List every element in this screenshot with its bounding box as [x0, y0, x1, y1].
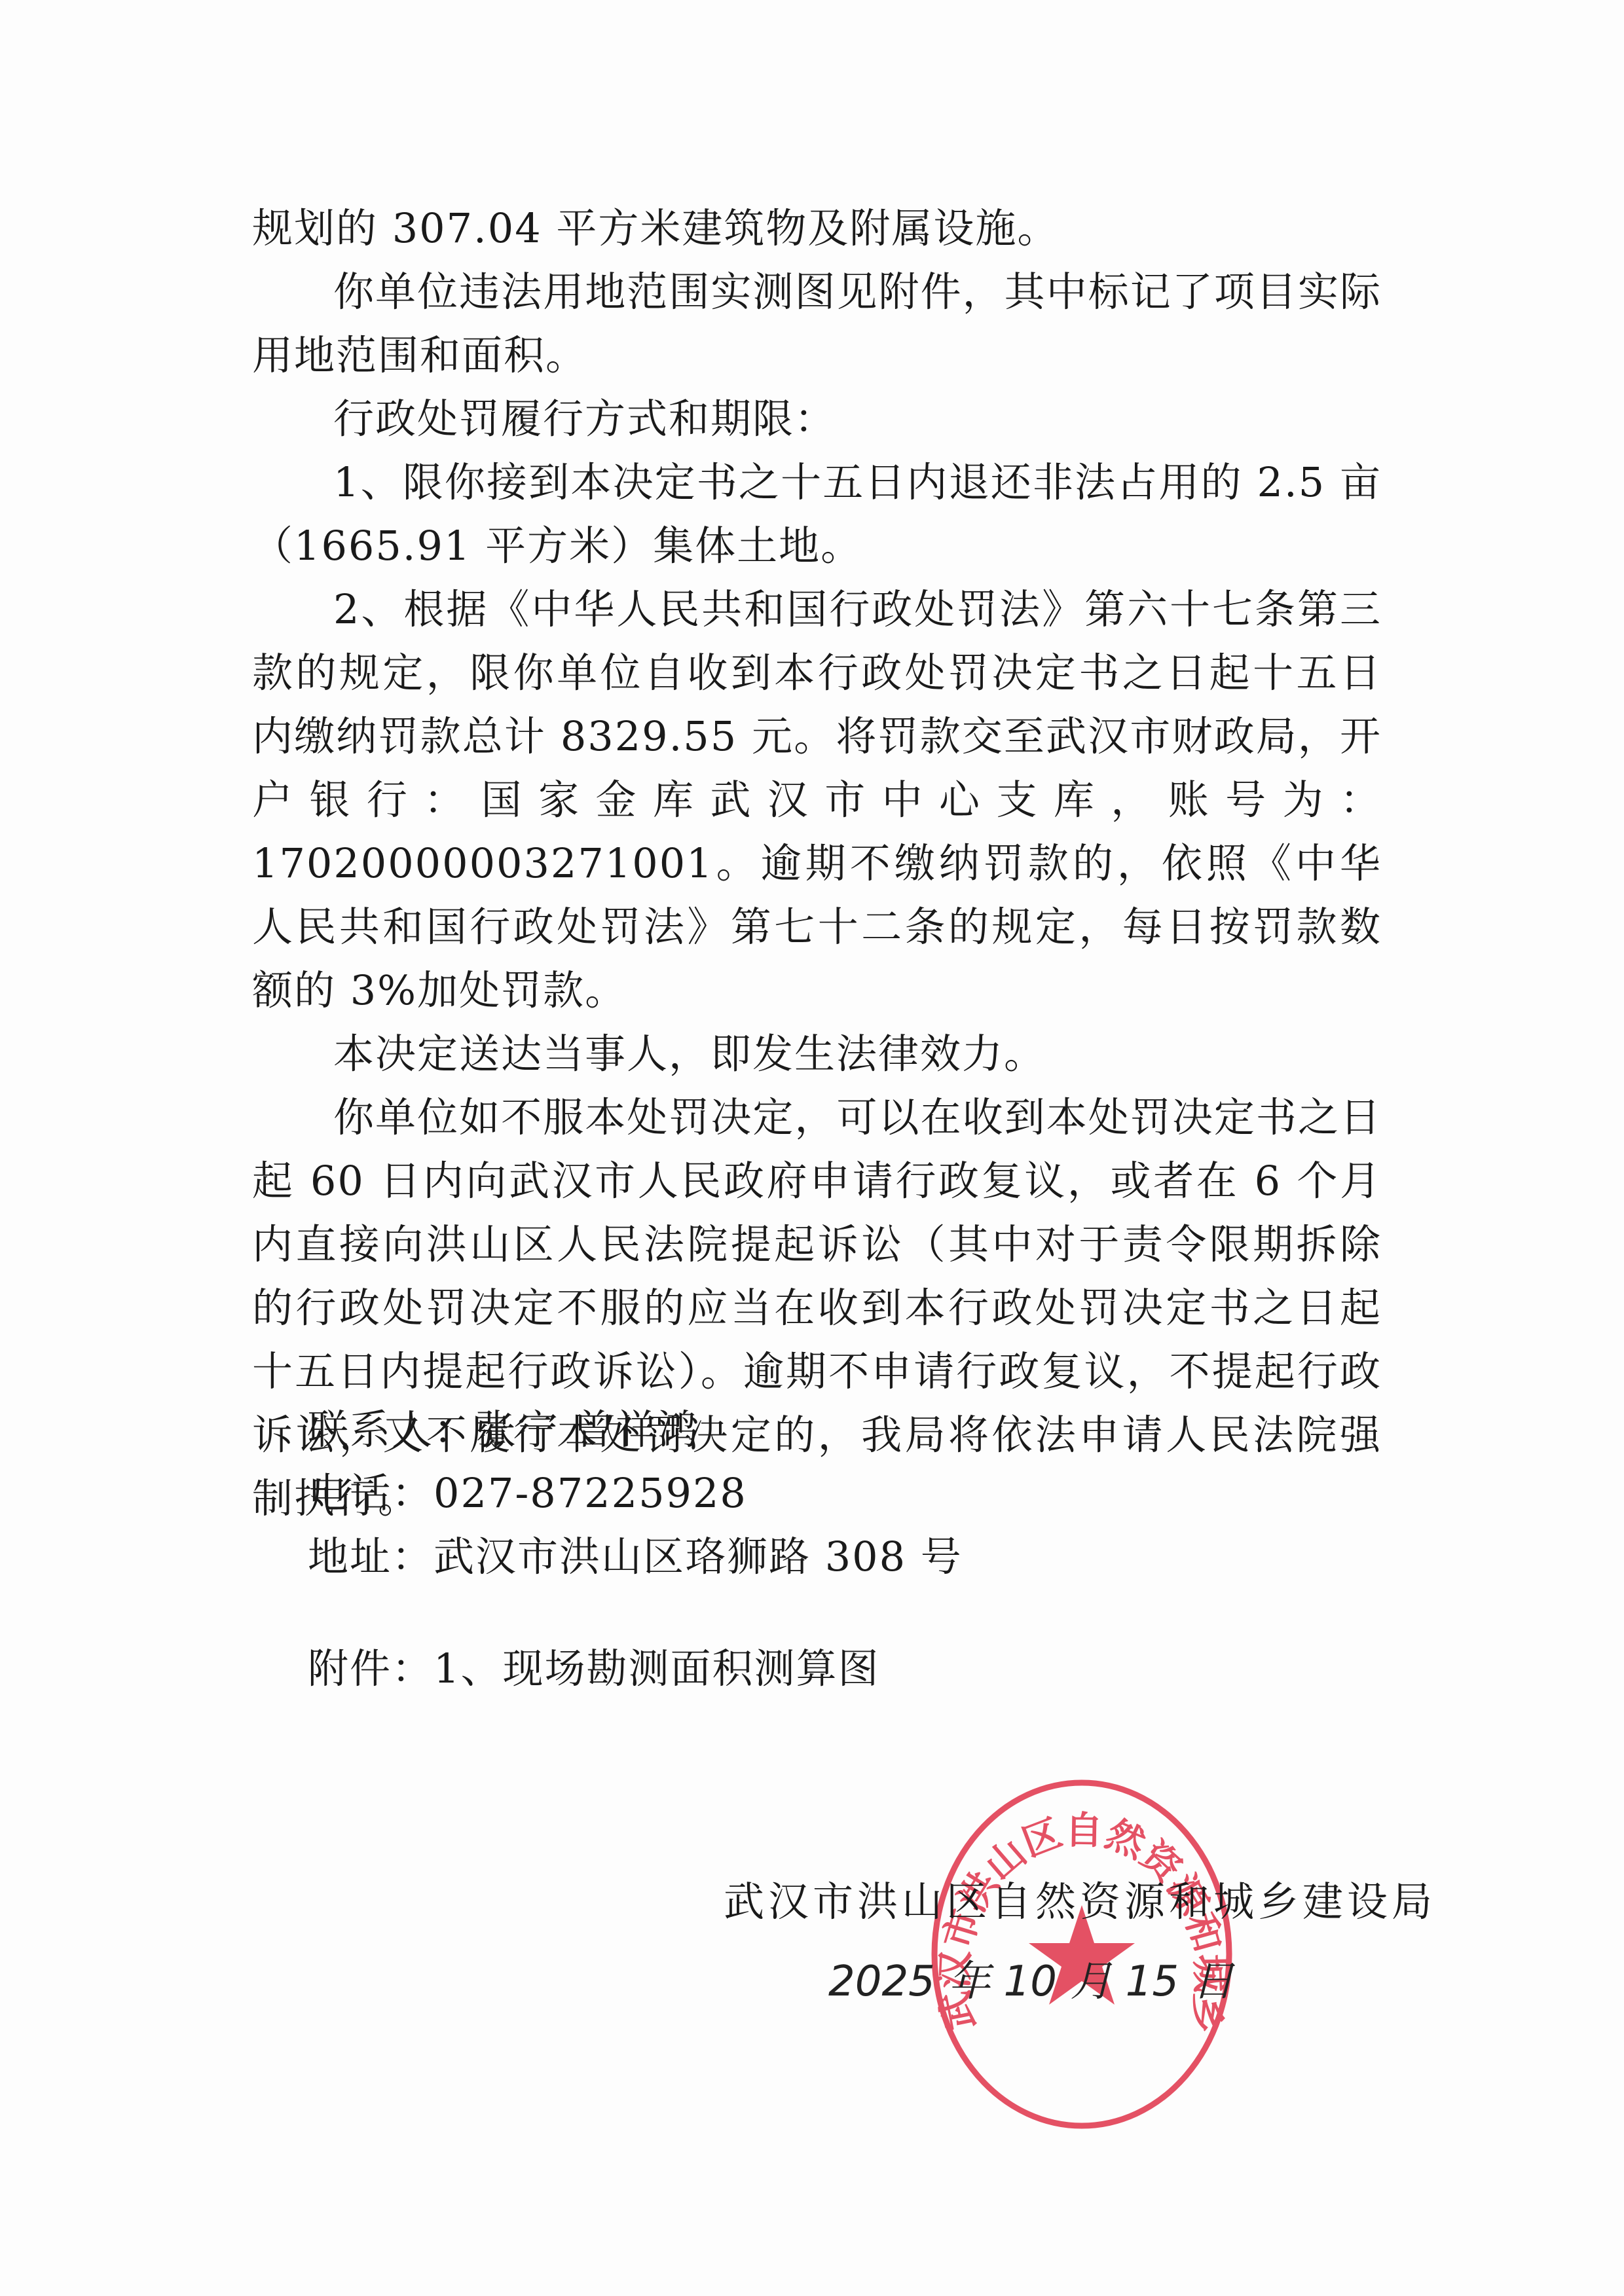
document-body: 规划的 307.04 平方米建筑物及附属设施。 你单位违法用地范围实测图见附件，…	[252, 196, 1382, 1530]
document-page: 规划的 307.04 平方米建筑物及附属设施。 你单位违法用地范围实测图见附件，…	[0, 0, 1624, 2296]
paragraph-effective: 本决定送达当事人，即发生法律效力。	[252, 1022, 1382, 1085]
contact-phone: 电话：027-87225928	[308, 1461, 963, 1525]
issuing-authority: 武汉市洪山区自然资源和城乡建设局	[724, 1869, 1436, 1927]
attachment-line: 附件：1、现场勘测面积测算图	[308, 1637, 879, 1700]
paragraph-return-land: 1、限你接到本决定书之十五日内退还非法占用的 2.5 亩（1665.91 平方米…	[252, 450, 1382, 577]
contact-block: 联系人：张宁 曾祥鸿 电话：027-87225928 地址：武汉市洪山区珞狮路 …	[308, 1398, 963, 1588]
issue-date: 2025 年 10 月 15 日	[828, 1948, 1234, 2008]
paragraph-survey-map: 你单位违法用地范围实测图见附件，其中标记了项目实际用地范围和面积。	[252, 260, 1382, 387]
contact-address: 地址：武汉市洪山区珞狮路 308 号	[308, 1525, 963, 1588]
paragraph-buildings: 规划的 307.04 平方米建筑物及附属设施。	[252, 196, 1382, 260]
paragraph-enforcement-heading: 行政处罚履行方式和期限：	[252, 387, 1382, 450]
paragraph-fine-payment: 2、根据《中华人民共和国行政处罚法》第六十七条第三款的规定，限你单位自收到本行政…	[252, 577, 1382, 1022]
contact-person: 联系人：张宁 曾祥鸿	[308, 1398, 963, 1461]
